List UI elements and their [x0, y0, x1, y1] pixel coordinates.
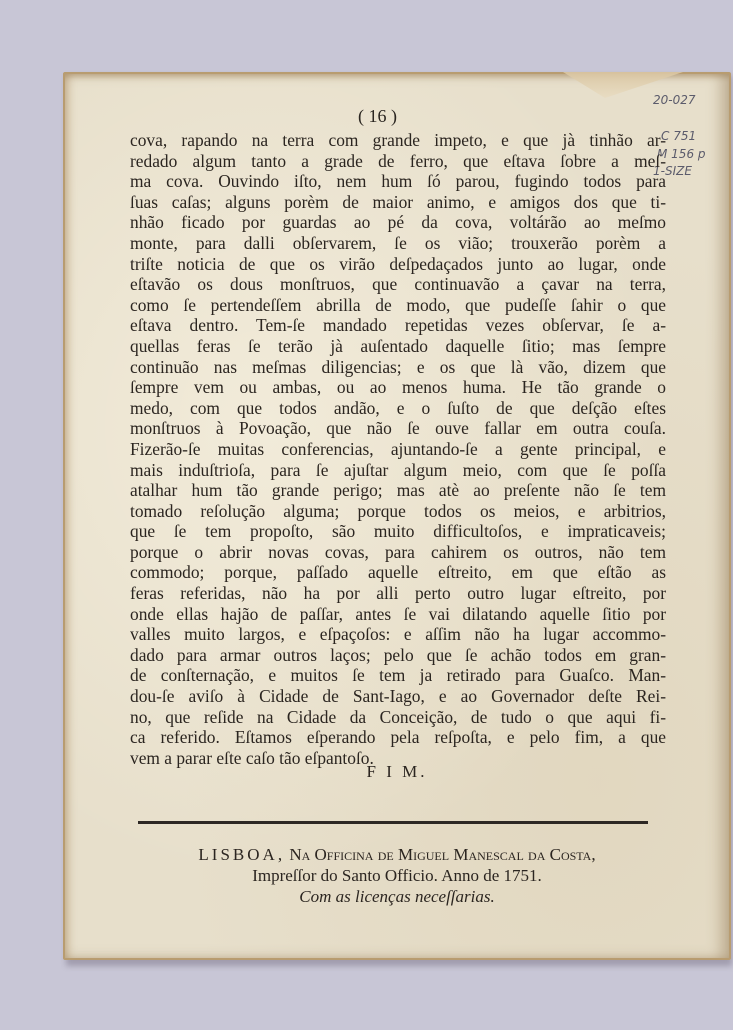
- text-line: eſtavão os dous monſtruos, que continuav…: [130, 274, 666, 295]
- text-line: ca referido. Eſtamos eſperando pela reſp…: [130, 727, 666, 748]
- imprint-licence: Com as licenças neceſſarias.: [63, 886, 731, 907]
- imprint-city: LISBOA,: [198, 845, 285, 864]
- text-line: commodo; porque, paſſado aquelle eſtreit…: [130, 562, 666, 583]
- text-line: que ſe tem propoſto, são muito difficult…: [130, 521, 666, 542]
- text-line: onde ellas hajão de paſſar, antes ſe vai…: [130, 604, 666, 625]
- archive-note: 20-027: [653, 94, 696, 106]
- imprint-line-2: Impreſſor do Santo Officio. Anno de 1751…: [63, 865, 731, 886]
- text-line: quellas feras ſe terão jà auſentado daqu…: [130, 336, 666, 357]
- text-line: monſtruos à Povoação, que não ſe ouve fa…: [130, 418, 666, 439]
- text-line: triſte noticia de que os virão deſpedaça…: [130, 254, 666, 275]
- text-line: dado para armar outros laços; pelo que ſ…: [130, 645, 666, 666]
- text-line: como ſe pertendeſſem abrilla de modo, qu…: [130, 295, 666, 316]
- text-line: porque o abrir novas covas, para cahirem…: [130, 542, 666, 563]
- text-line: de conſternação, e muitos ſe tem ja reti…: [130, 665, 666, 686]
- imprint-printer: Na Officina de Miguel Manescal da Costa,: [285, 845, 596, 864]
- text-line: monte, para dalli obſervarem, ſe os vião…: [130, 233, 666, 254]
- text-line: mais induſtrioſa, para ſe ajuſtar algum …: [130, 460, 666, 481]
- end-mark: F I M.: [63, 762, 731, 782]
- text-line: valles muito largos, e eſpaçoſos: e aſſi…: [130, 624, 666, 645]
- text-line: feras referidas, não ha por alli perto o…: [130, 583, 666, 604]
- imprint-line-1: LISBOA, Na Officina de Miguel Manescal d…: [63, 844, 731, 865]
- text-line: continuão nas meſmas diligencias; e os q…: [130, 357, 666, 378]
- text-line: ſempre vem ou ambas, ou ao menos huma. H…: [130, 377, 666, 398]
- horizontal-rule: [138, 821, 648, 824]
- text-line: Fizerão-ſe muitas conferencias, ajuntand…: [130, 439, 666, 460]
- imprint: LISBOA, Na Officina de Miguel Manescal d…: [63, 844, 731, 907]
- text-line: nhão ficado por guardas ao pé da cova, v…: [130, 212, 666, 233]
- text-line: ſuas caſas; alguns porèm de maior animo,…: [130, 192, 666, 213]
- text-line: cova, rapando na terra com grande impeto…: [130, 130, 666, 151]
- text-line: ma cova. Ouvindo iſto, nem hum ſó parou,…: [130, 171, 666, 192]
- text-line: redado algum tanto a grade de ferro, que…: [130, 151, 666, 172]
- text-line: no, que reſide na Cidade da Conceição, d…: [130, 707, 666, 728]
- text-line: dou-ſe aviſo à Cidade de Sant-Iago, e ao…: [130, 686, 666, 707]
- document-page: 20-027 C 751 M 156 p 1-SIZE ( 16 ) cova,…: [63, 72, 731, 960]
- text-line: atalhar hum tão grande perigo; mas atè a…: [130, 480, 666, 501]
- archive-note: C 751: [661, 130, 696, 142]
- page-number: ( 16 ): [358, 106, 397, 127]
- text-line: tomado reſolução alguma; porque todos os…: [130, 501, 666, 522]
- text-line: eſtava dentro. Tem-ſe mandado repetidas …: [130, 315, 666, 336]
- body-text: cova, rapando na terra com grande impeto…: [130, 130, 666, 768]
- text-line: medo, com que todos andão, e o ſuſto de …: [130, 398, 666, 419]
